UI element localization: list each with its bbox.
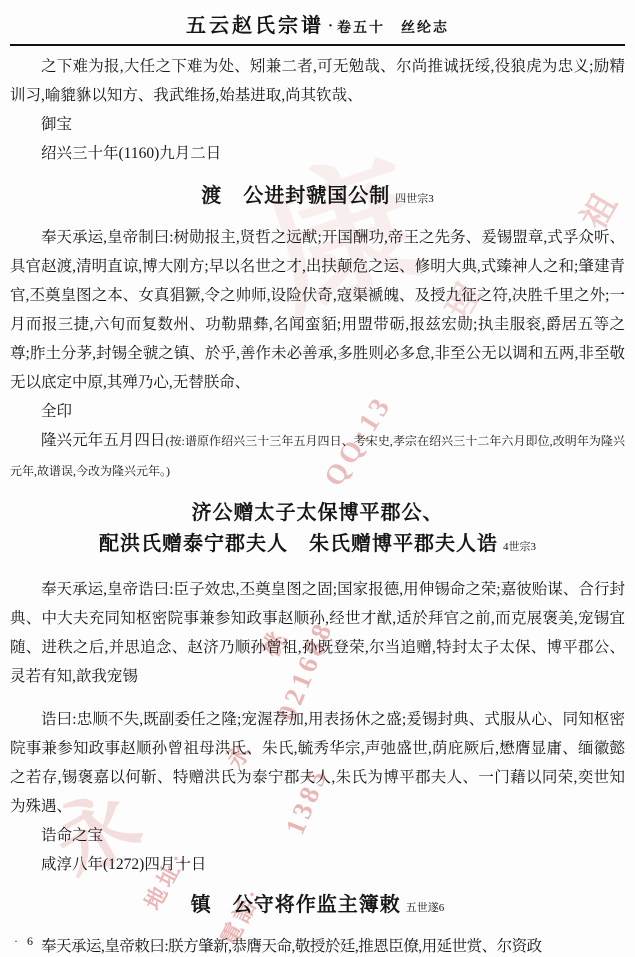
zhen-edict-paragraph: 奉天承运,皇帝敕曰:朕方肇新,恭膺天命,敬授於廷,推恩臣僚,用延世赏、尔资政	[10, 932, 625, 957]
volume-subtitle: 卷五十 丝纶志	[337, 21, 449, 36]
genealogy-page: 康祖理QQ:13桃021688永1385永地址:電話: 五云赵氏宗谱·卷五十 丝…	[0, 0, 635, 957]
section-heading-zhen-text: 镇 公守将作监主簿敕	[191, 894, 401, 916]
header-rule	[10, 44, 625, 46]
du-edict-paragraph: 奉天承运,皇帝制曰:树勋报主,贤哲之远猷;开国酬功,帝王之先务、爰锡盟章,式孚众…	[10, 223, 625, 397]
book-title: 五云赵氏宗谱	[186, 15, 324, 37]
du-date-line: 隆兴元年五月四日(按:谱原作绍兴三十三年五月四日、考宋史,孝宗在绍兴三十二年六月…	[10, 426, 625, 486]
intro-paragraph: 之下难为报,大任之下难为处、矧兼二者,可无勉哉、尔尚推诚抚绥,役狼虎为忠义;励精…	[10, 52, 625, 110]
section-heading-du-text: 渡 公进封虢国公制	[201, 185, 390, 207]
du-date-text: 隆兴元年五月四日	[41, 432, 165, 449]
du-seal-label: 全印	[10, 397, 625, 426]
section-heading-zhen: 镇 公守将作监主簿敕五世遂6	[10, 891, 625, 922]
ji-edict-paragraph-1: 奉天承运,皇帝诰曰:臣子效忠,丕奠皇图之固;国家报德,用伸锡命之荣;嘉彼贻谋、合…	[10, 575, 625, 691]
intro-seal-label: 御宝	[10, 110, 625, 139]
section-heading-ji-line2: 配洪氏赠泰宁郡夫人 朱氏赠博平郡夫人诰	[99, 533, 498, 555]
page-number: · 6 ·	[14, 934, 49, 949]
title-separator-dot: ·	[328, 18, 333, 34]
section-heading-ji-line1: 济公赠太子太保博平郡公、	[192, 502, 444, 524]
ji-seal-label: 诰命之宝	[10, 821, 625, 850]
ji-date-line: 咸淳八年(1272)四月十日	[10, 850, 625, 879]
ji-edict-paragraph-2: 诰曰:忠顺不失,既副委任之隆;宠渥荐加,用表扬休之盛;爰锡封典、式服从心、同知枢…	[10, 705, 625, 821]
generation-label-du: 四世宗3	[395, 193, 434, 205]
page-content: 五云赵氏宗谱·卷五十 丝纶志 之下难为报,大任之下难为处、矧兼二者,可无勉哉、尔…	[0, 0, 635, 957]
section-heading-ji: 济公赠太子太保博平郡公、配洪氏赠泰宁郡夫人 朱氏赠博平郡夫人诰4世宗3	[10, 498, 625, 563]
generation-label-zhen: 五世遂6	[406, 902, 445, 914]
section-heading-du: 渡 公进封虢国公制四世宗3	[10, 182, 625, 213]
generation-label-ji: 4世宗3	[503, 541, 536, 553]
page-header: 五云赵氏宗谱·卷五十 丝纶志	[10, 0, 625, 38]
intro-date-line: 绍兴三十年(1160)九月二日	[10, 139, 625, 168]
